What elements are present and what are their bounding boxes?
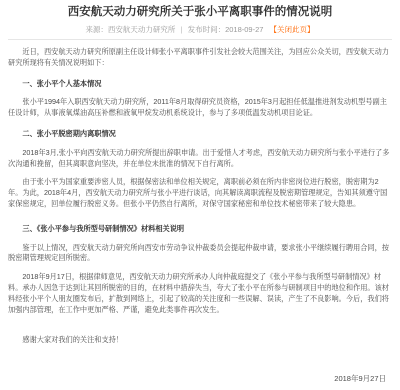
close-page-link[interactable]: 【关闭此页】 [270,25,315,34]
intro-paragraph: 近日，西安航天动力研究所原副主任设计师张小平离职事件引发社会较大范围关注，为回应… [8,47,392,69]
article-page: 西安航天动力研究所关于张小平离职事件的情况说明 来源：西安航天动力研究所 | 发… [0,0,400,390]
meta-bar: 来源：西安航天动力研究所 | 发布时间：2018-09-27 【关闭此页】 [8,25,392,35]
section-heading-2: 二、张小平脱密期内离职情况 [8,129,392,140]
closing-paragraph: 感谢大家对我们的关注和支持！ [8,335,392,346]
section-2-paragraph-2: 由于张小平为国家重要涉密人员，根据保密法和单位相关规定，离职前必须在所内非密岗位… [8,177,392,209]
signature-date: 2018年9月27日 [8,374,392,384]
page-title: 西安航天动力研究所关于张小平离职事件的情况说明 [8,5,392,20]
section-3-paragraph-1: 鉴于以上情况，西安航天动力研究所向西安市劳动争议仲裁委员会提起仲裁申请，要求张小… [8,243,392,265]
header-divider [8,39,392,40]
article-body: 近日，西安航天动力研究所原副主任设计师张小平离职事件引发社会较大范围关注，为回应… [8,47,392,384]
section-3-paragraph-2: 2018年9月17日，根据律师意见，西安航天动力研究所承办人向仲裁庭提交了《张小… [8,272,392,315]
source-label: 来源：西安航天动力研究所 [85,25,175,34]
meta-separator: | [181,25,183,34]
section-heading-3: 三、《张小平参与我所型号研制情况》材料相关说明 [8,224,392,235]
section-2-paragraph-1: 2018年3月,张小平向西安航天动力研究所提出辞职申请。出于爱惜人才考虑，西安航… [8,148,392,170]
publish-time-label: 发布时间：2018-09-27 [188,25,264,34]
section-heading-1: 一、张小平个人基本情况 [8,79,392,90]
section-1-paragraph-1: 张小平1994年入职西安航天动力研究所，2011年8月取得研究员资格，2015年… [8,97,392,119]
